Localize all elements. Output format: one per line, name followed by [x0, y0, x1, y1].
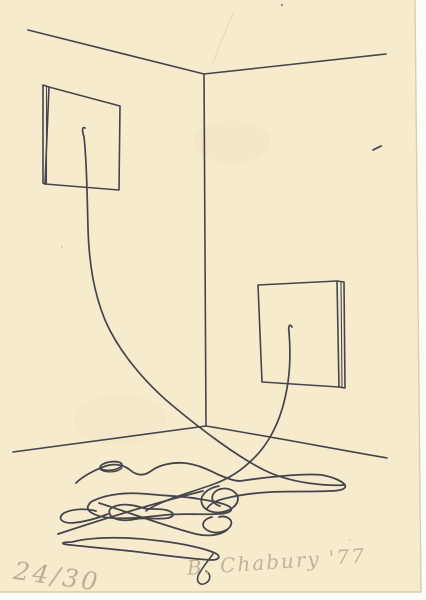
speck	[281, 4, 283, 6]
speck	[349, 539, 351, 541]
speck	[61, 246, 63, 248]
artwork-canvas	[0, 0, 426, 600]
scanned-print: 24/30 B. Chabury '77	[0, 0, 426, 600]
paper-sheet	[0, 0, 421, 592]
